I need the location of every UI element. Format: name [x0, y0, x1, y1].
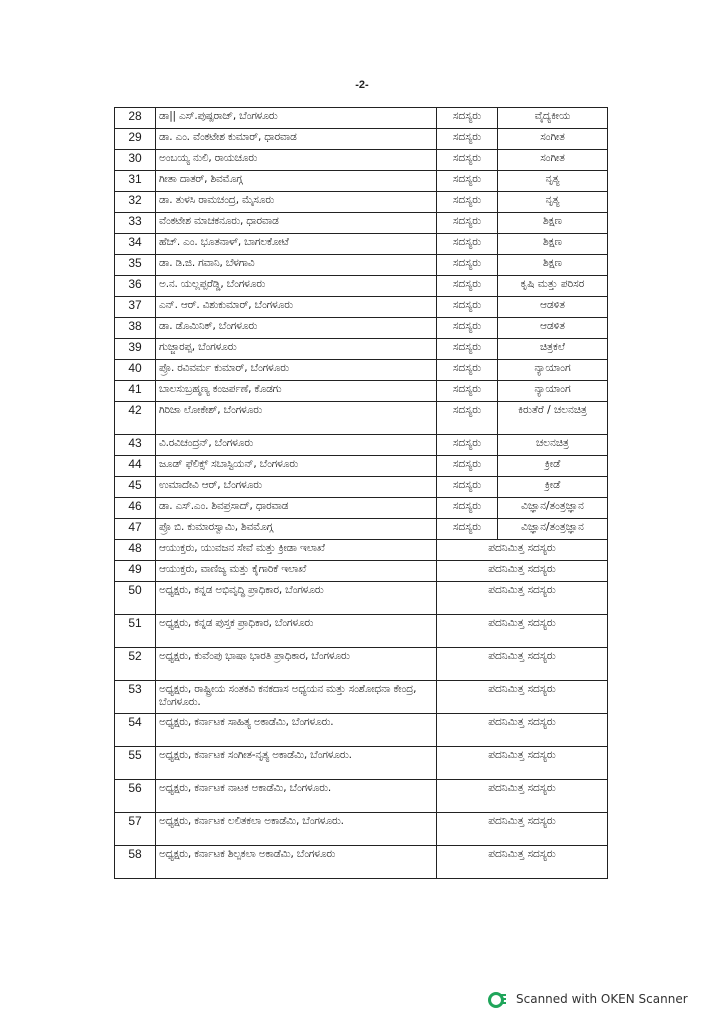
member-field: ಕಿರುತೆರೆ / ಚಲನಚಿತ್ರ [498, 402, 608, 435]
member-role: ಪದನಿಮಿತ್ತ ಸದಸ್ಯರು [437, 615, 608, 648]
member-name: ಆಯುಕ್ತರು, ಯುವಜನ ಸೇವೆ ಮತ್ತು ಕ್ರೀಡಾ ಇಲಾಖೆ [156, 540, 437, 561]
member-field: ನ್ಯಾಯಾಂಗ [498, 381, 608, 402]
member-name: ಅಧ್ಯಕ್ಷರು, ಕರ್ನಾಟಕ ಸಾಹಿತ್ಯ ಅಕಾಡೆಮಿ, ಬೆಂಗ… [156, 714, 437, 747]
serial-number: 57 [115, 813, 156, 846]
member-name: ಪ್ರೊ. ರವಿವರ್ಮ ಕುಮಾರ್, ಬೆಂಗಳೂರು [156, 360, 437, 381]
member-field: ವಿಜ್ಞಾನ/ತಂತ್ರಜ್ಞಾನ [498, 498, 608, 519]
member-field: ನೃತ್ಯ [498, 171, 608, 192]
serial-number: 49 [115, 561, 156, 582]
oken-scanner-logo-icon [488, 991, 504, 1007]
member-field: ಕ್ರೀಡೆ [498, 456, 608, 477]
table-row: 51ಅಧ್ಯಕ್ಷರು, ಕನ್ನಡ ಪುಸ್ತಕ ಪ್ರಾಧಿಕಾರ, ಬೆಂ… [115, 615, 608, 648]
table-row: 38ಡಾ. ಡೊಮಿನಿಕ್, ಬೆಂಗಳೂರುಸದಸ್ಯರುಆಡಳಿತ [115, 318, 608, 339]
member-name: ಆಯುಕ್ತರು, ವಾಣಿಜ್ಯ ಮತ್ತು ಕೈಗಾರಿಕೆ ಇಲಾಖೆ [156, 561, 437, 582]
member-role: ಪದನಿಮಿತ್ತ ಸದಸ್ಯರು [437, 747, 608, 780]
serial-number: 44 [115, 456, 156, 477]
serial-number: 42 [115, 402, 156, 435]
serial-number: 54 [115, 714, 156, 747]
member-role: ಸದಸ್ಯರು [437, 477, 498, 498]
member-name: ಡಾ. ಎಸ್.ಎಂ. ಶಿವಪ್ರಸಾದ್, ಧಾರವಾಡ [156, 498, 437, 519]
member-name: ಗೀತಾ ದಾತರ್, ಶಿವಮೊಗ್ಗ [156, 171, 437, 192]
member-role: ಪದನಿಮಿತ್ತ ಸದಸ್ಯರು [437, 714, 608, 747]
serial-number: 36 [115, 276, 156, 297]
scanner-watermark: Scanned with OKEN Scanner [488, 991, 688, 1007]
member-field: ನೃತ್ಯ [498, 192, 608, 213]
serial-number: 38 [115, 318, 156, 339]
member-name: ಅ.ನ. ಯಲ್ಲಪ್ಪರೆಡ್ಡಿ, ಬೆಂಗಳೂರು [156, 276, 437, 297]
member-name: ಅಧ್ಯಕ್ಷರು, ರಾಷ್ಟ್ರೀಯ ಸಂತಕವಿ ಕನಕದಾಸ ಅಧ್ಯಯ… [156, 681, 437, 714]
member-role: ಪದನಿಮಿತ್ತ ಸದಸ್ಯರು [437, 780, 608, 813]
serial-number: 37 [115, 297, 156, 318]
member-role: ಸದಸ್ಯರು [437, 360, 498, 381]
table-row: 45ಉಮಾದೇವಿ ಆರ್, ಬೆಂಗಳೂರುಸದಸ್ಯರುಕ್ರೀಡೆ [115, 477, 608, 498]
member-name: ಅಧ್ಯಕ್ಷರು, ಕನ್ನಡ ಪುಸ್ತಕ ಪ್ರಾಧಿಕಾರ, ಬೆಂಗಳ… [156, 615, 437, 648]
member-role: ಸದಸ್ಯರು [437, 234, 498, 255]
member-field: ಸಂಗೀತ [498, 129, 608, 150]
member-role: ಸದಸ್ಯರು [437, 318, 498, 339]
table-row: 48ಆಯುಕ್ತರು, ಯುವಜನ ಸೇವೆ ಮತ್ತು ಕ್ರೀಡಾ ಇಲಾಖ… [115, 540, 608, 561]
serial-number: 55 [115, 747, 156, 780]
table-row: 55ಅಧ್ಯಕ್ಷರು, ಕರ್ನಾಟಕ ಸಂಗೀತ-ನೃತ್ಯ ಅಕಾಡೆಮಿ… [115, 747, 608, 780]
member-field: ಚಿತ್ರಕಲೆ [498, 339, 608, 360]
member-role: ಸದಸ್ಯರು [437, 498, 498, 519]
member-field: ಕ್ರೀಡೆ [498, 477, 608, 498]
member-name: ಬಾಲಸುಬ್ರಹ್ಮಣ್ಯ ಕಂಜರ್ಪಣೆ, ಕೊಡಗು [156, 381, 437, 402]
member-role: ಸದಸ್ಯರು [437, 108, 498, 129]
serial-number: 51 [115, 615, 156, 648]
member-role: ಪದನಿಮಿತ್ತ ಸದಸ್ಯರು [437, 846, 608, 879]
member-role: ಸದಸ್ಯರು [437, 255, 498, 276]
member-name: ವೆಂಕಟೇಶ ಮಾಚಕನೂರು, ಧಾರವಾಡ [156, 213, 437, 234]
table-row: 53ಅಧ್ಯಕ್ಷರು, ರಾಷ್ಟ್ರೀಯ ಸಂತಕವಿ ಕನಕದಾಸ ಅಧ್… [115, 681, 608, 714]
member-name: ಉಮಾದೇವಿ ಆರ್, ಬೆಂಗಳೂರು [156, 477, 437, 498]
member-name: ಅಂಬಯ್ಯ ನುಲಿ, ರಾಯಚೂರು [156, 150, 437, 171]
member-field: ಚಲನಚಿತ್ರ [498, 435, 608, 456]
member-field: ಶಿಕ್ಷಣ [498, 213, 608, 234]
member-name: ವಿ.ರವಿಚಂದ್ರನ್, ಬೆಂಗಳೂರು [156, 435, 437, 456]
member-role: ಸದಸ್ಯರು [437, 402, 498, 435]
table-row: 46ಡಾ. ಎಸ್.ಎಂ. ಶಿವಪ್ರಸಾದ್, ಧಾರವಾಡಸದಸ್ಯರುವ… [115, 498, 608, 519]
table-row: 36ಅ.ನ. ಯಲ್ಲಪ್ಪರೆಡ್ಡಿ, ಬೆಂಗಳೂರುಸದಸ್ಯರುಕೃಷ… [115, 276, 608, 297]
member-name: ಅಧ್ಯಕ್ಷರು, ಕನ್ನಡ ಅಭಿವೃದ್ಧಿ ಪ್ರಾಧಿಕಾರ, ಬೆ… [156, 582, 437, 615]
member-role: ಪದನಿಮಿತ್ತ ಸದಸ್ಯರು [437, 540, 608, 561]
watermark-text: Scanned with OKEN Scanner [516, 992, 688, 1006]
serial-number: 31 [115, 171, 156, 192]
serial-number: 52 [115, 648, 156, 681]
table-row: 47ಪ್ರೊ ಬಿ. ಕುಮಾರಸ್ವಾಮಿ, ಶಿವಮೊಗ್ಗಸದಸ್ಯರುವ… [115, 519, 608, 540]
serial-number: 29 [115, 129, 156, 150]
table-row: 56ಅಧ್ಯಕ್ಷರು, ಕರ್ನಾಟಕ ನಾಟಕ ಅಕಾಡೆಮಿ, ಬೆಂಗಳ… [115, 780, 608, 813]
table-row: 49ಆಯುಕ್ತರು, ವಾಣಿಜ್ಯ ಮತ್ತು ಕೈಗಾರಿಕೆ ಇಲಾಖೆ… [115, 561, 608, 582]
member-role: ಸದಸ್ಯರು [437, 519, 498, 540]
member-name: ಗಿರಿಜಾ ಲೋಕೇಶ್, ಬೆಂಗಳೂರು [156, 402, 437, 435]
table-row: 30ಅಂಬಯ್ಯ ನುಲಿ, ರಾಯಚೂರುಸದಸ್ಯರುಸಂಗೀತ [115, 150, 608, 171]
member-name: ಅಧ್ಯಕ್ಷರು, ಕರ್ನಾಟಕ ನಾಟಕ ಅಕಾಡೆಮಿ, ಬೆಂಗಳೂರ… [156, 780, 437, 813]
member-field: ನ್ಯಾಯಾಂಗ [498, 360, 608, 381]
serial-number: 56 [115, 780, 156, 813]
serial-number: 47 [115, 519, 156, 540]
serial-number: 50 [115, 582, 156, 615]
member-role: ಸದಸ್ಯರು [437, 192, 498, 213]
serial-number: 35 [115, 255, 156, 276]
serial-number: 46 [115, 498, 156, 519]
table-row: 40ಪ್ರೊ. ರವಿವರ್ಮ ಕುಮಾರ್, ಬೆಂಗಳೂರುಸದಸ್ಯರುನ… [115, 360, 608, 381]
serial-number: 53 [115, 681, 156, 714]
table-row: 50ಅಧ್ಯಕ್ಷರು, ಕನ್ನಡ ಅಭಿವೃದ್ಧಿ ಪ್ರಾಧಿಕಾರ, … [115, 582, 608, 615]
serial-number: 34 [115, 234, 156, 255]
table-row: 57ಅಧ್ಯಕ್ಷರು, ಕರ್ನಾಟಕ ಲಲಿತಕಲಾ ಅಕಾಡೆಮಿ, ಬೆ… [115, 813, 608, 846]
member-field: ಶಿಕ್ಷಣ [498, 234, 608, 255]
table-row: 29ಡಾ. ಎಂ. ವೆಂಕಟೇಶ ಕುಮಾರ್, ಧಾರವಾಡಸದಸ್ಯರುಸ… [115, 129, 608, 150]
member-role: ಪದನಿಮಿತ್ತ ಸದಸ್ಯರು [437, 648, 608, 681]
member-role: ಸದಸ್ಯರು [437, 381, 498, 402]
member-field: ಆಡಳಿತ [498, 297, 608, 318]
table-row: 52ಅಧ್ಯಕ್ಷರು, ಕುವೆಂಪು ಭಾಷಾ ಭಾರತಿ ಪ್ರಾಧಿಕಾ… [115, 648, 608, 681]
serial-number: 48 [115, 540, 156, 561]
member-role: ಸದಸ್ಯರು [437, 276, 498, 297]
table-row: 28ಡಾ|| ಎಸ್.ಪುಷ್ಪರಾಜ್, ಬೆಂಗಳೂರುಸದಸ್ಯರುವೈದ… [115, 108, 608, 129]
table-row: 44ಜೂಡ್ ಫೆಲಿಕ್ಸ್ ಸಬಾಸ್ಟಿಯನ್, ಬೆಂಗಳೂರುಸದಸ್… [115, 456, 608, 477]
table-row: 37ಎನ್. ಆರ್. ವಿಶುಕುಮಾರ್, ಬೆಂಗಳೂರುಸದಸ್ಯರುಆ… [115, 297, 608, 318]
table-row: 58ಅಧ್ಯಕ್ಷರು, ಕರ್ನಾಟಕ ಶಿಲ್ಪಕಲಾ ಅಕಾಡೆಮಿ, ಬ… [115, 846, 608, 879]
member-role: ಪದನಿಮಿತ್ತ ಸದಸ್ಯರು [437, 813, 608, 846]
serial-number: 58 [115, 846, 156, 879]
serial-number: 28 [115, 108, 156, 129]
serial-number: 45 [115, 477, 156, 498]
member-name: ಅಧ್ಯಕ್ಷರು, ಕರ್ನಾಟಕ ಸಂಗೀತ-ನೃತ್ಯ ಅಕಾಡೆಮಿ, … [156, 747, 437, 780]
member-name: ಡಾ. ಡೊಮಿನಿಕ್, ಬೆಂಗಳೂರು [156, 318, 437, 339]
table-row: 31ಗೀತಾ ದಾತರ್, ಶಿವಮೊಗ್ಗಸದಸ್ಯರುನೃತ್ಯ [115, 171, 608, 192]
table-row: 39ಗುಜ್ಜಾರಪ್ಪ, ಬೆಂಗಳೂರುಸದಸ್ಯರುಚಿತ್ರಕಲೆ [115, 339, 608, 360]
table-row: 42ಗಿರಿಜಾ ಲೋಕೇಶ್, ಬೆಂಗಳೂರುಸದಸ್ಯರುಕಿರುತೆರೆ… [115, 402, 608, 435]
member-field: ವೈದ್ಯಕೀಯ [498, 108, 608, 129]
page-number: -2- [0, 79, 724, 91]
member-field: ಕೃಷಿ ಮತ್ತು ಪರಿಸರ [498, 276, 608, 297]
member-name: ಗುಜ್ಜಾರಪ್ಪ, ಬೆಂಗಳೂರು [156, 339, 437, 360]
member-name: ಹೆಚ್. ಎಂ. ಭೂತನಾಳ್, ಬಾಗಲಕೋಟೆ [156, 234, 437, 255]
member-role: ಸದಸ್ಯರು [437, 171, 498, 192]
member-name: ಡಾ. ತುಳಸಿ ರಾಮಚಂದ್ರ, ಮೈಸೂರು [156, 192, 437, 213]
table-row: 41ಬಾಲಸುಬ್ರಹ್ಮಣ್ಯ ಕಂಜರ್ಪಣೆ, ಕೊಡಗುಸದಸ್ಯರುನ… [115, 381, 608, 402]
member-field: ವಿಜ್ಞಾನ/ತಂತ್ರಜ್ಞಾನ [498, 519, 608, 540]
member-role: ಪದನಿಮಿತ್ತ ಸದಸ್ಯರು [437, 582, 608, 615]
member-role: ಸದಸ್ಯರು [437, 297, 498, 318]
serial-number: 39 [115, 339, 156, 360]
member-name: ಡಾ. ಎಂ. ವೆಂಕಟೇಶ ಕುಮಾರ್, ಧಾರವಾಡ [156, 129, 437, 150]
member-name: ಜೂಡ್ ಫೆಲಿಕ್ಸ್ ಸಬಾಸ್ಟಿಯನ್, ಬೆಂಗಳೂರು [156, 456, 437, 477]
table-row: 33ವೆಂಕಟೇಶ ಮಾಚಕನೂರು, ಧಾರವಾಡಸದಸ್ಯರುಶಿಕ್ಷಣ [115, 213, 608, 234]
member-role: ಸದಸ್ಯರು [437, 213, 498, 234]
member-field: ಆಡಳಿತ [498, 318, 608, 339]
member-role: ಪದನಿಮಿತ್ತ ಸದಸ್ಯರು [437, 561, 608, 582]
member-name: ಅಧ್ಯಕ್ಷರು, ಕರ್ನಾಟಕ ಶಿಲ್ಪಕಲಾ ಅಕಾಡೆಮಿ, ಬೆಂ… [156, 846, 437, 879]
member-field: ಶಿಕ್ಷಣ [498, 255, 608, 276]
member-name: ಎನ್. ಆರ್. ವಿಶುಕುಮಾರ್, ಬೆಂಗಳೂರು [156, 297, 437, 318]
member-role: ಸದಸ್ಯರು [437, 129, 498, 150]
serial-number: 30 [115, 150, 156, 171]
serial-number: 32 [115, 192, 156, 213]
member-role: ಸದಸ್ಯರು [437, 150, 498, 171]
serial-number: 41 [115, 381, 156, 402]
table-row: 34ಹೆಚ್. ಎಂ. ಭೂತನಾಳ್, ಬಾಗಲಕೋಟೆಸದಸ್ಯರುಶಿಕ್… [115, 234, 608, 255]
table-row: 35ಡಾ. ಡಿ.ಜಿ. ಗವಾನಿ, ಬೆಳಗಾವಿಸದಸ್ಯರುಶಿಕ್ಷಣ [115, 255, 608, 276]
member-name: ಡಾ|| ಎಸ್.ಪುಷ್ಪರಾಜ್, ಬೆಂಗಳೂರು [156, 108, 437, 129]
member-field: ಸಂಗೀತ [498, 150, 608, 171]
member-role: ಸದಸ್ಯರು [437, 456, 498, 477]
serial-number: 40 [115, 360, 156, 381]
members-table: 28ಡಾ|| ಎಸ್.ಪುಷ್ಪರಾಜ್, ಬೆಂಗಳೂರುಸದಸ್ಯರುವೈದ… [114, 107, 608, 879]
member-role: ಪದನಿಮಿತ್ತ ಸದಸ್ಯರು [437, 681, 608, 714]
table-row: 43ವಿ.ರವಿಚಂದ್ರನ್, ಬೆಂಗಳೂರುಸದಸ್ಯರುಚಲನಚಿತ್ರ [115, 435, 608, 456]
member-name: ಅಧ್ಯಕ್ಷರು, ಕುವೆಂಪು ಭಾಷಾ ಭಾರತಿ ಪ್ರಾಧಿಕಾರ,… [156, 648, 437, 681]
member-name: ಅಧ್ಯಕ್ಷರು, ಕರ್ನಾಟಕ ಲಲಿತಕಲಾ ಅಕಾಡೆಮಿ, ಬೆಂಗ… [156, 813, 437, 846]
member-role: ಸದಸ್ಯರು [437, 435, 498, 456]
member-role: ಸದಸ್ಯರು [437, 339, 498, 360]
serial-number: 43 [115, 435, 156, 456]
table-row: 54ಅಧ್ಯಕ್ಷರು, ಕರ್ನಾಟಕ ಸಾಹಿತ್ಯ ಅಕಾಡೆಮಿ, ಬೆ… [115, 714, 608, 747]
serial-number: 33 [115, 213, 156, 234]
member-name: ಡಾ. ಡಿ.ಜಿ. ಗವಾನಿ, ಬೆಳಗಾವಿ [156, 255, 437, 276]
table-row: 32ಡಾ. ತುಳಸಿ ರಾಮಚಂದ್ರ, ಮೈಸೂರುಸದಸ್ಯರುನೃತ್ಯ [115, 192, 608, 213]
member-name: ಪ್ರೊ ಬಿ. ಕುಮಾರಸ್ವಾಮಿ, ಶಿವಮೊಗ್ಗ [156, 519, 437, 540]
